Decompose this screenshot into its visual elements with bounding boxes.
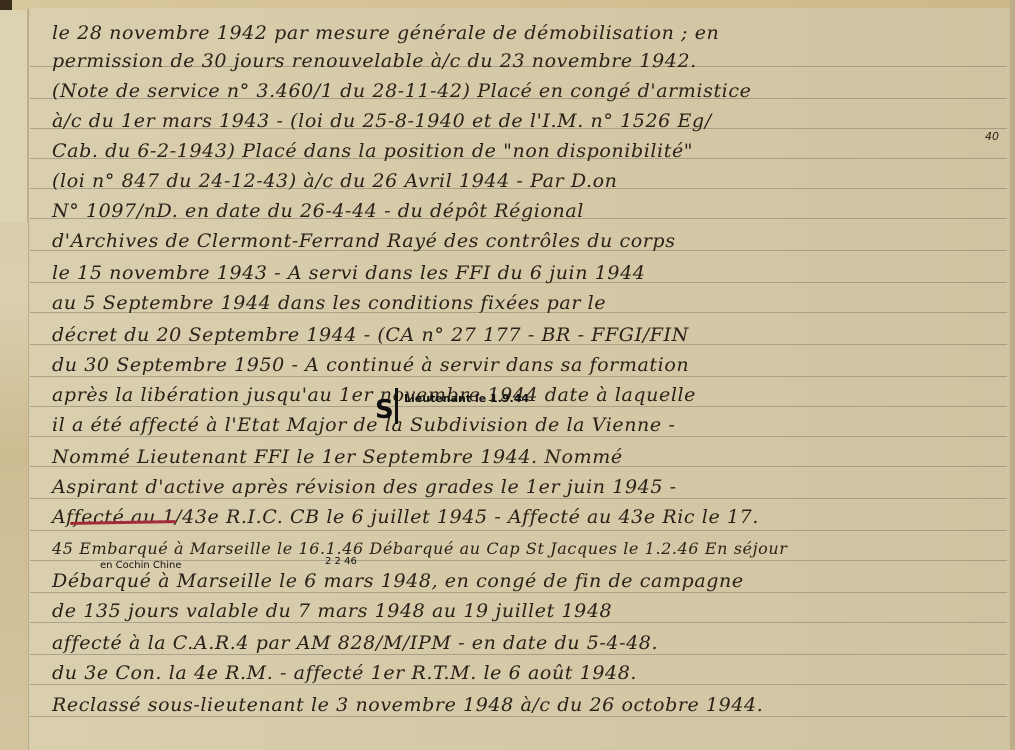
record-line-23: Reclassé sous-lieutenant le 3 novembre 1…	[52, 690, 1010, 720]
record-line-20: de 135 jours valable du 7 mars 1948 au 1…	[52, 596, 1010, 626]
interlinear-cochinchine-annotation: en Cochin Chine	[100, 560, 182, 571]
record-line-4: à/c du 1er mars 1943 - (loi du 25-8-1940…	[52, 106, 1010, 136]
record-line-15: Nommé Lieutenant FFI le 1er Septembre 19…	[52, 442, 1010, 472]
record-line-1: le 28 novembre 1942 par mesure générale …	[52, 18, 1010, 48]
record-line-21: affecté à la C.A.R.4 par AM 828/M/IPM - …	[52, 628, 1010, 658]
record-line-13: après la libération jusqu'au 1er novembr…	[52, 380, 1010, 410]
stamp-letter: S	[375, 395, 394, 425]
record-line-5: Cab. du 6-2-1943) Placé dans la position…	[52, 136, 1010, 166]
record-line-10: au 5 Septembre 1944 dans les conditions …	[52, 288, 1010, 318]
record-line-7: N° 1097/nD. en date du 26-4-44 - du dépô…	[52, 196, 1010, 226]
record-line-17: Affecté au 1/43e R.I.C. CB le 6 juillet …	[52, 502, 1010, 532]
right-page-edge	[1010, 0, 1015, 750]
record-line-16: Aspirant d'active après révision des gra…	[52, 472, 1010, 502]
stamp-bar	[395, 388, 398, 424]
record-line-22: du 3e Con. la 4e R.M. - affecté 1er R.T.…	[52, 658, 1010, 688]
record-line-9: le 15 novembre 1943 - A servi dans les F…	[52, 258, 1010, 288]
record-line-3: (Note de service n° 3.460/1 du 28-11-42)…	[52, 76, 1010, 106]
lieutenant-insert-annotation: Lieutenant le 1.9.44	[404, 392, 529, 405]
interlinear-date-annotation: 2 2 46	[325, 556, 357, 567]
margin-suffix-annotation: 40	[985, 130, 999, 143]
record-line-2: permission de 30 jours renouvelable à/c …	[52, 46, 1010, 76]
record-line-6: (loi n° 847 du 24-12-43) à/c du 26 Avril…	[52, 166, 1010, 196]
left-page-edge-paper	[0, 0, 28, 222]
record-line-12: du 30 Septembre 1950 - A continué à serv…	[52, 350, 1010, 380]
record-line-18: 45 Embarqué à Marseille le 16.1.46 Débar…	[52, 534, 1010, 564]
record-line-19: Débarqué à Marseille le 6 mars 1948, en …	[52, 566, 1010, 596]
record-line-14: il a été affecté à l'Etat Major de la Su…	[52, 410, 1010, 440]
record-line-8: d'Archives de Clermont-Ferrand Rayé des …	[52, 226, 1010, 256]
record-line-11: décret du 20 Septembre 1944 - (CA n° 27 …	[52, 320, 1010, 350]
